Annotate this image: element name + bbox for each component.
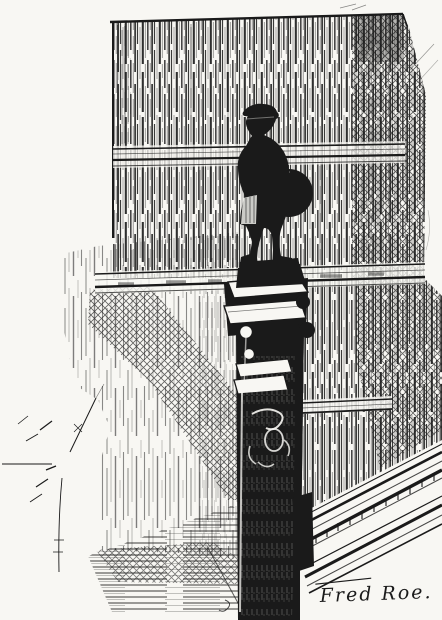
engraving-canvas: Fred Roe.	[0, 0, 442, 620]
post-knob	[296, 295, 310, 309]
illustration-page: Fred Roe.	[0, 0, 442, 620]
engraving-plate: Fred Roe.	[0, 0, 442, 620]
signature-text: Fred Roe.	[318, 581, 432, 607]
figure-skirt	[241, 195, 257, 224]
